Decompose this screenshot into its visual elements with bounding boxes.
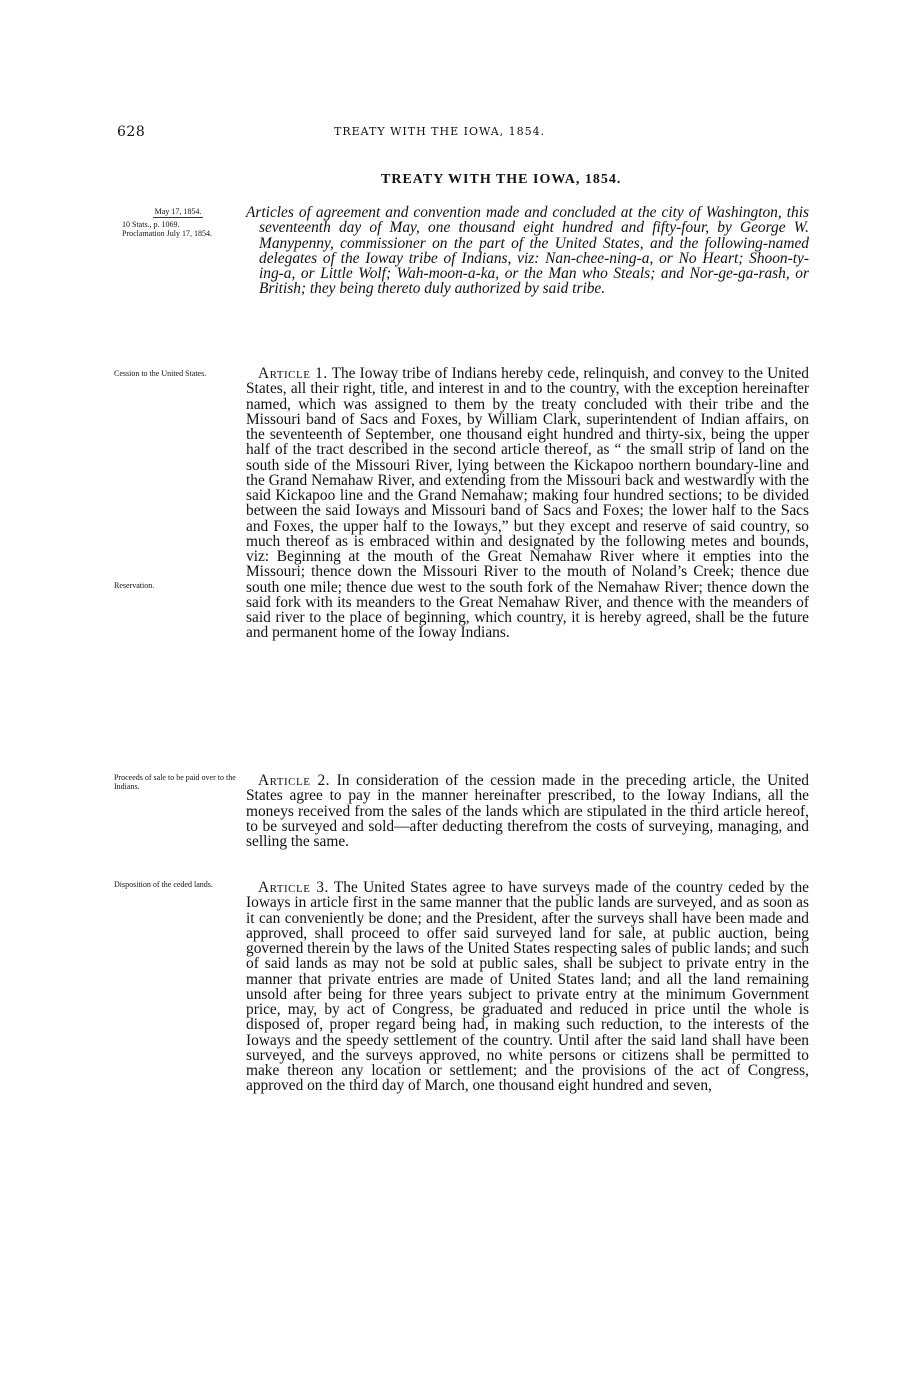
article-2: Article 2. In consideration of the cessi… (246, 773, 809, 849)
margin-note-date-citation: May 17, 1854. 10 Stats., p. 1069. Procla… (114, 207, 242, 238)
article-1: Article 1. The Ioway tribe of Indians he… (246, 366, 809, 641)
article-2-text: In consideration of the cession made in … (246, 772, 809, 850)
running-header: 628 TREATY WITH THE IOWA, 1854. (117, 124, 809, 144)
margin-date: May 17, 1854. (114, 207, 242, 216)
margin-note-proceeds: Proceeds of sale to be paid over to the … (114, 773, 242, 791)
article-3-text: The United States agree to have surveys … (246, 879, 809, 1094)
margin-note-disposition: Disposition of the ceded lands. (114, 880, 242, 889)
document-title: TREATY WITH THE IOWA, 1854. (381, 172, 621, 188)
margin-rule (153, 217, 203, 218)
preamble: Articles of agreement and convention mad… (246, 205, 809, 297)
margin-note-cession: Cession to the United States. (114, 369, 242, 378)
running-title: TREATY WITH THE IOWA, 1854. (334, 125, 545, 138)
page-number: 628 (117, 124, 145, 140)
margin-citation-statutes: 10 Stats., p. 1069. (114, 220, 242, 229)
margin-note-reservation: Reservation. (114, 581, 242, 590)
article-1-text: The Ioway tribe of Indians hereby cede, … (246, 365, 809, 641)
article-3: Article 3. The United States agree to ha… (246, 880, 809, 1094)
margin-citation-proclamation: Proclamation July 17, 1854. (114, 229, 242, 238)
